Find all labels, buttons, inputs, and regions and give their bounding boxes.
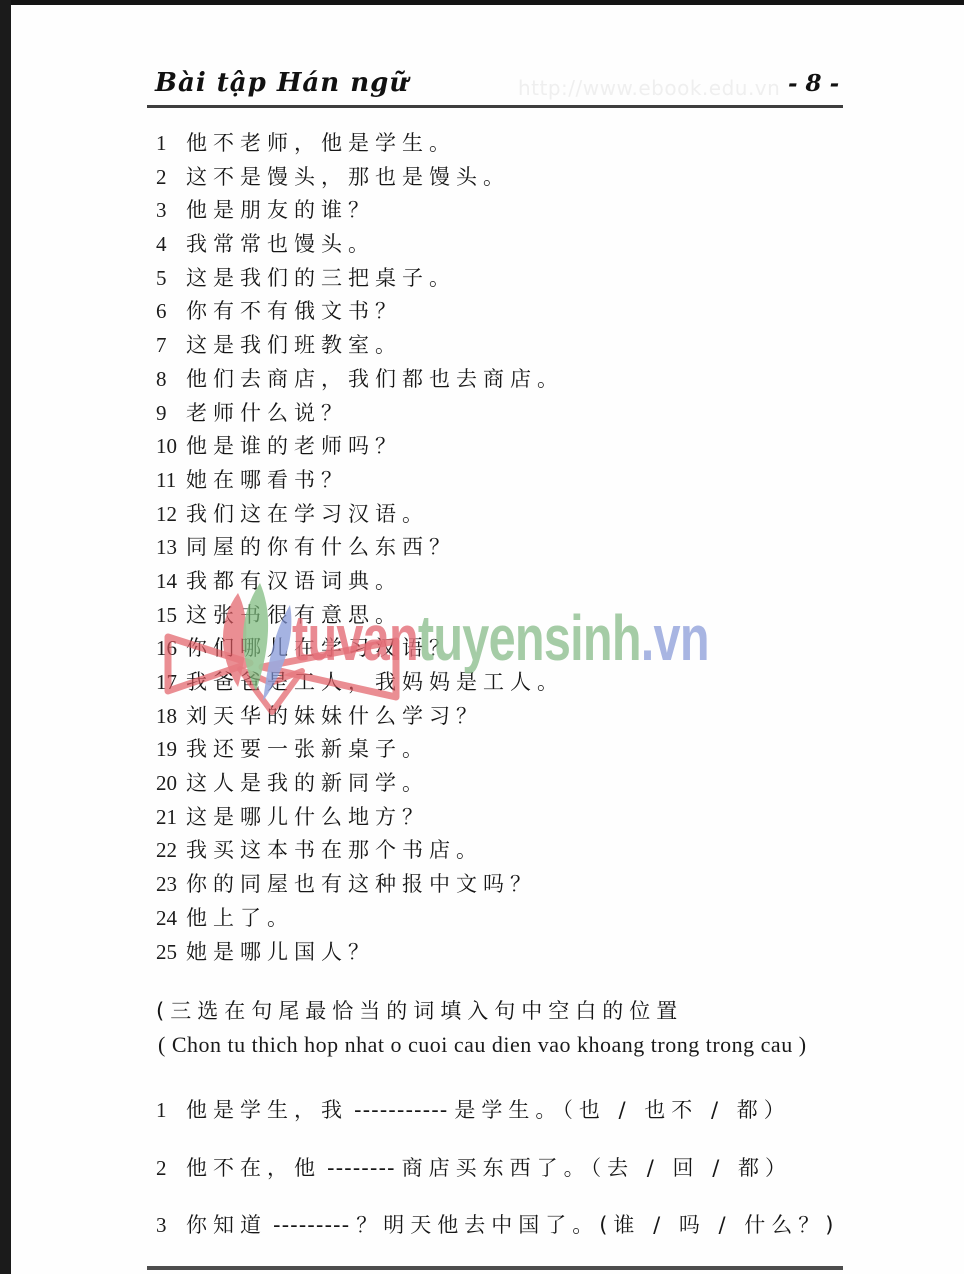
sentence-row: 22 我买这本书在那个书店。 xyxy=(156,834,856,868)
sentence-row: 2 这不是馒头，那也是馒头。 xyxy=(156,161,856,195)
sentence-number: 13 xyxy=(156,531,186,565)
fill-blank-pre-text: 他是学生，我 xyxy=(186,1082,348,1140)
fill-blank-row: 2 他不在，他 -------- 商店买东西了。（去 / 回 / 都） xyxy=(156,1140,916,1198)
sentence-text: 你的同屋也有这种报中文吗？ xyxy=(186,868,537,902)
fill-blank-post-text: 是学生。（也 / 也不 / 都） xyxy=(454,1082,790,1140)
sentence-number: 23 xyxy=(156,868,186,902)
sentence-row: 21 这是哪儿什么地方？ xyxy=(156,801,856,835)
sentence-row: 16 你们哪儿在学习汉语？ xyxy=(156,632,856,666)
sentence-number: 20 xyxy=(156,767,186,801)
sentence-number: 24 xyxy=(156,902,186,936)
sentence-row: 5 这是我们的三把桌子。 xyxy=(156,262,856,296)
sentence-text: 你们哪儿在学习汉语？ xyxy=(186,632,456,666)
fill-blank-row: 3 你知道 --------- ？明天他去中国了。(谁 / 吗 / 什么？) xyxy=(156,1197,916,1255)
sentence-text: 他不老师，他是学生。 xyxy=(186,127,456,161)
header-rule xyxy=(147,105,843,108)
sentence-text: 这张书很有意思。 xyxy=(186,599,402,633)
sentence-row: 18 刘天华的妹妹什么学习？ xyxy=(156,700,856,734)
sentence-row: 24 他上了。 xyxy=(156,902,856,936)
footer-rule xyxy=(147,1266,843,1270)
sentence-number: 4 xyxy=(156,228,186,262)
sentence-text: 这不是馒头，那也是馒头。 xyxy=(186,161,510,195)
sentence-number: 15 xyxy=(156,599,186,633)
fill-blank-list: 1 他是学生，我 ----------- 是学生。（也 / 也不 / 都） 2 … xyxy=(156,1082,916,1255)
sentence-number: 16 xyxy=(156,632,186,666)
document-page: Bài tập Hán ngữ http://www.ebook.edu.vn … xyxy=(0,0,964,1274)
sentence-text: 我们这在学习汉语。 xyxy=(186,498,429,532)
sentence-text: 她在哪看书？ xyxy=(186,464,348,498)
sentence-number: 1 xyxy=(156,127,186,161)
sentence-row: 6 你有不有俄文书？ xyxy=(156,295,856,329)
sentence-number: 22 xyxy=(156,834,186,868)
sentence-text: 他是朋友的谁？ xyxy=(186,194,375,228)
sentence-row: 25 她是哪儿国人？ xyxy=(156,936,856,970)
sentence-text: 这人是我的新同学。 xyxy=(186,767,429,801)
sentence-text: 他上了。 xyxy=(186,902,294,936)
sentence-text: 我爸爸是工人，我妈妈是工人。 xyxy=(186,666,564,700)
fill-blank-number: 3 xyxy=(156,1197,186,1255)
sentence-number: 10 xyxy=(156,430,186,464)
scan-edge-left xyxy=(0,0,11,1274)
sentence-number: 3 xyxy=(156,194,186,228)
sentence-row: 11 她在哪看书？ xyxy=(156,464,856,498)
fill-blank-post-text: ？明天他去中国了。(谁 / 吗 / 什么？) xyxy=(356,1197,839,1255)
fill-blank-number: 1 xyxy=(156,1082,186,1140)
sentence-row: 17 我爸爸是工人，我妈妈是工人。 xyxy=(156,666,856,700)
section-heading-vietnamese: ( Chon tu thich hop nhat o cuoi cau dien… xyxy=(158,1032,807,1058)
section-heading-chinese: (三选在句尾最恰当的词填入句中空白的位置 xyxy=(156,995,683,1025)
sentence-text: 这是我们的三把桌子。 xyxy=(186,262,456,296)
sentence-row: 7 这是我们班教室。 xyxy=(156,329,856,363)
sentence-row: 3 他是朋友的谁？ xyxy=(156,194,856,228)
sentence-text: 同屋的你有什么东西？ xyxy=(186,531,456,565)
sentence-number: 6 xyxy=(156,295,186,329)
blank-dashes: ----------- xyxy=(354,1082,448,1140)
sentence-number: 2 xyxy=(156,161,186,195)
sentence-number: 19 xyxy=(156,733,186,767)
sentence-number: 11 xyxy=(156,464,186,498)
sentence-row: 19 我还要一张新桌子。 xyxy=(156,733,856,767)
sentence-number: 8 xyxy=(156,363,186,397)
scan-edge-top xyxy=(0,0,964,5)
sentence-text: 她是哪儿国人？ xyxy=(186,936,375,970)
sentence-row: 8 他们去商店，我们都也去商店。 xyxy=(156,363,856,397)
sentence-text: 刘天华的妹妹什么学习？ xyxy=(186,700,483,734)
sentence-text: 他们去商店，我们都也去商店。 xyxy=(186,363,564,397)
sentence-row: 10 他是谁的老师吗？ xyxy=(156,430,856,464)
sentence-number: 18 xyxy=(156,700,186,734)
page-number: - 8 - xyxy=(788,70,839,97)
sentence-row: 15 这张书很有意思。 xyxy=(156,599,856,633)
sentence-text: 他是谁的老师吗？ xyxy=(186,430,402,464)
fill-blank-number: 2 xyxy=(156,1140,186,1198)
sentence-number: 17 xyxy=(156,666,186,700)
sentence-row: 1 他不老师，他是学生。 xyxy=(156,127,856,161)
sentence-number: 7 xyxy=(156,329,186,363)
sentence-text: 这是我们班教室。 xyxy=(186,329,402,363)
sentence-row: 14 我都有汉语词典。 xyxy=(156,565,856,599)
sentence-row: 4 我常常也馒头。 xyxy=(156,228,856,262)
sentence-row: 9 老师什么说？ xyxy=(156,397,856,431)
sentence-row: 13 同屋的你有什么东西？ xyxy=(156,531,856,565)
sentence-list: 1 他不老师，他是学生。 2 这不是馒头，那也是馒头。 3 他是朋友的谁？ 4 … xyxy=(156,127,856,969)
fill-blank-pre-text: 他不在，他 xyxy=(186,1140,321,1198)
sentence-number: 14 xyxy=(156,565,186,599)
sentence-number: 12 xyxy=(156,498,186,532)
sentence-text: 我常常也馒头。 xyxy=(186,228,375,262)
url-watermark: http://www.ebook.edu.vn xyxy=(518,76,780,100)
sentence-number: 5 xyxy=(156,262,186,296)
sentence-text: 我还要一张新桌子。 xyxy=(186,733,429,767)
sentence-row: 20 这人是我的新同学。 xyxy=(156,767,856,801)
sentence-number: 21 xyxy=(156,801,186,835)
sentence-text: 这是哪儿什么地方？ xyxy=(186,801,429,835)
fill-blank-pre-text: 你知道 xyxy=(186,1197,267,1255)
sentence-text: 我买这本书在那个书店。 xyxy=(186,834,483,868)
blank-dashes: -------- xyxy=(327,1140,396,1198)
sentence-number: 9 xyxy=(156,397,186,431)
book-title: Bài tập Hán ngữ xyxy=(155,68,409,98)
sentence-row: 23 你的同屋也有这种报中文吗？ xyxy=(156,868,856,902)
sentence-text: 老师什么说？ xyxy=(186,397,348,431)
sentence-row: 12 我们这在学习汉语。 xyxy=(156,498,856,532)
sentence-text: 我都有汉语词典。 xyxy=(186,565,402,599)
sentence-text: 你有不有俄文书？ xyxy=(186,295,402,329)
fill-blank-post-text: 商店买东西了。（去 / 回 / 都） xyxy=(402,1140,792,1198)
fill-blank-row: 1 他是学生，我 ----------- 是学生。（也 / 也不 / 都） xyxy=(156,1082,916,1140)
blank-dashes: --------- xyxy=(273,1197,350,1255)
sentence-number: 25 xyxy=(156,936,186,970)
